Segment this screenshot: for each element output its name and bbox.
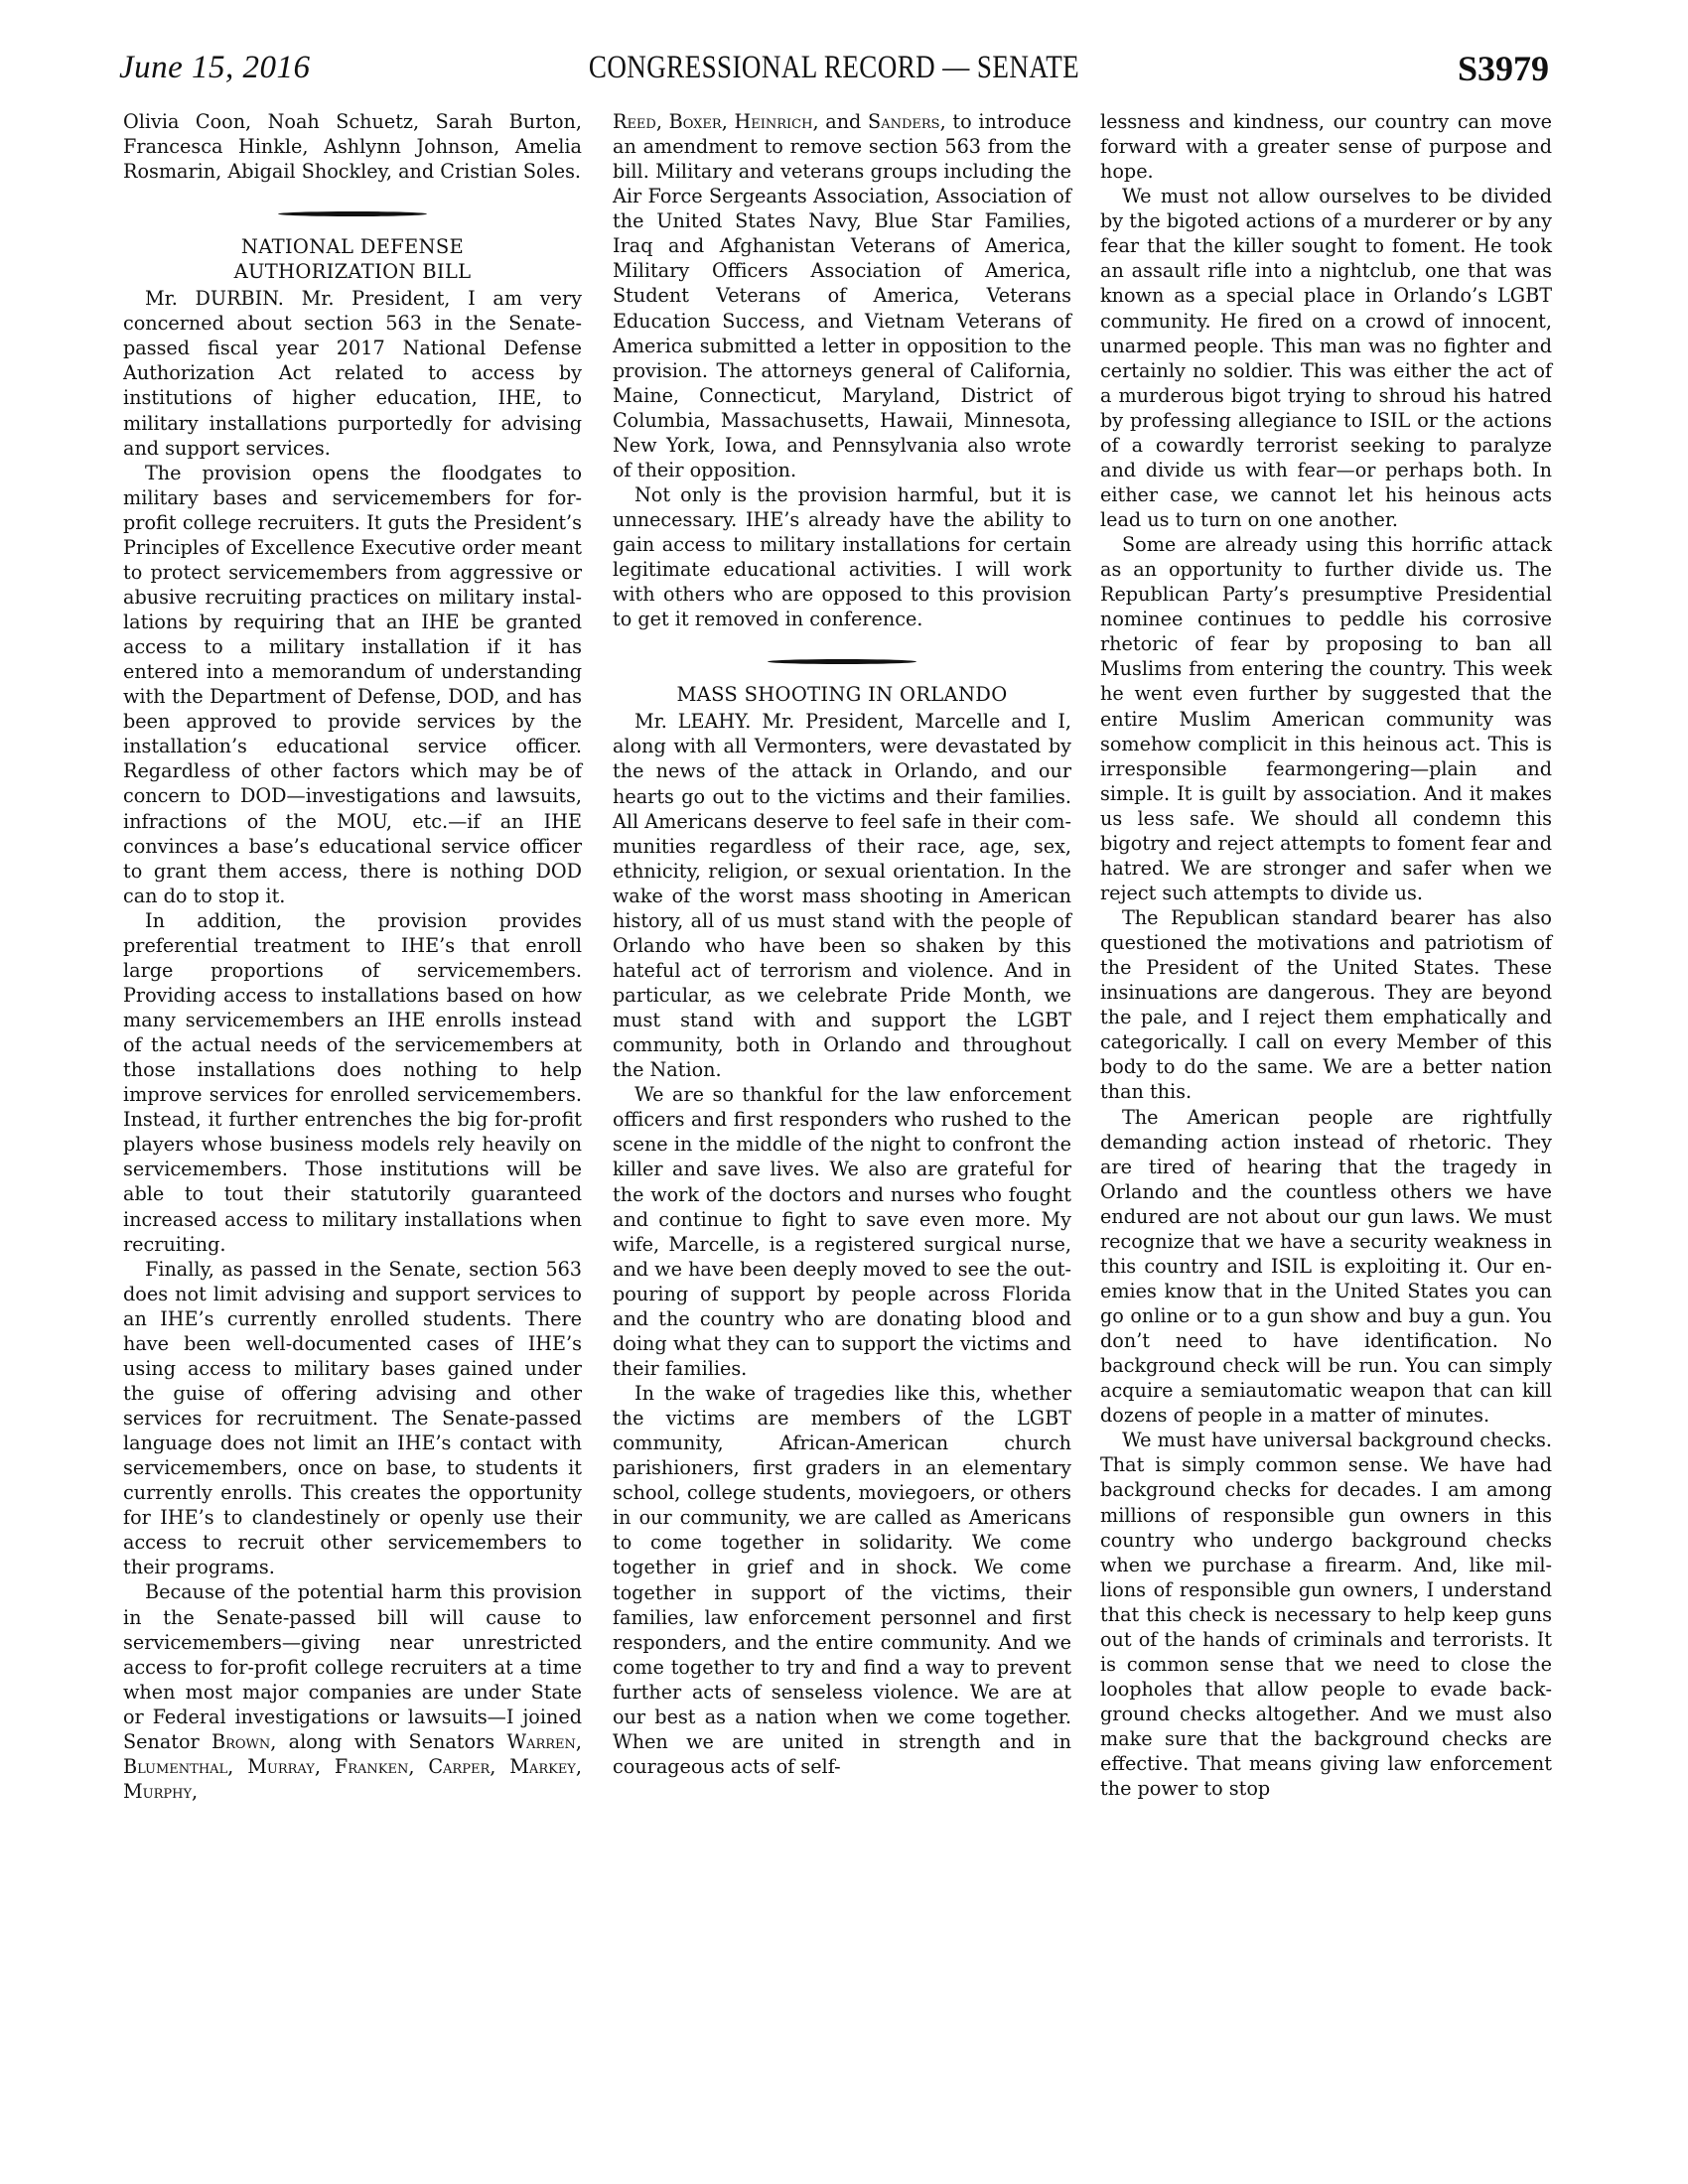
paragraph: Not only is the provision harmful, but i… xyxy=(613,482,1071,631)
paragraph: The Republican standard bearer has also … xyxy=(1100,905,1552,1105)
paragraph-text: , along with Senators xyxy=(270,1730,506,1753)
senator-name: Brown xyxy=(211,1730,270,1753)
paragraph-text: Because of the potential harm this provi… xyxy=(123,1580,582,1752)
paragraph: In addition, the provision provides pref… xyxy=(123,908,582,1257)
section-divider xyxy=(278,211,427,216)
paragraph: We must not allow ourselves to be di­vid… xyxy=(1100,184,1552,532)
page-header: June 15, 2016 CONGRESSIONAL RECORD — SEN… xyxy=(119,48,1549,97)
paragraph: Some are already using this horrific att… xyxy=(1100,532,1552,905)
paragraph: The provision opens the floodgates to mi… xyxy=(123,461,582,908)
column-left: Olivia Coon, Noah Schuetz, Sarah Burton,… xyxy=(123,109,582,1804)
paragraph: Finally, as passed in the Senate, sec­ti… xyxy=(123,1257,582,1580)
paragraph: In the wake of tragedies like this, whet… xyxy=(613,1381,1071,1779)
senator-name: Sanders xyxy=(868,110,940,133)
paragraph: The American people are rightfully deman… xyxy=(1100,1105,1552,1429)
paragraph-text: and xyxy=(819,110,868,133)
continuation-text: Olivia Coon, Noah Schuetz, Sarah Burton,… xyxy=(123,109,582,184)
paragraph: Mr. DURBIN. Mr. President, I am very con… xyxy=(123,286,582,460)
publication-title: CONGRESSIONAL RECORD — SENATE xyxy=(248,50,1421,86)
page-number: S3979 xyxy=(1458,48,1549,89)
column-middle: Reed, Boxer, Heinrich, and Sanders, to i… xyxy=(613,109,1071,1779)
continuation-text: Reed, Boxer, Heinrich, and Sanders, to i… xyxy=(613,109,1071,482)
section-title-line: NATIONAL DEFENSE xyxy=(123,234,582,259)
paragraph: We must have universal background checks… xyxy=(1100,1428,1552,1801)
paragraph: Because of the potential harm this provi… xyxy=(123,1579,582,1804)
column-right: lessness and kindness, our country can m… xyxy=(1100,109,1552,1801)
continuation-text: lessness and kindness, our country can m… xyxy=(1100,109,1552,184)
section-title-line: AUTHORIZATION BILL xyxy=(123,259,582,284)
senator-names: Reed, Boxer, Heinrich, xyxy=(613,110,819,133)
paragraph-text: , to introduce an amendment to remove se… xyxy=(613,110,1071,481)
section-title-ndaa: NATIONAL DEFENSE AUTHORIZATION BILL xyxy=(123,234,582,284)
paragraph: We are so thankful for the law en­forcem… xyxy=(613,1082,1071,1381)
section-title-orlando: MASS SHOOTING IN ORLANDO xyxy=(613,682,1071,707)
paragraph: Mr. LEAHY. Mr. President, Marcelle and I… xyxy=(613,709,1071,1082)
section-divider xyxy=(768,659,916,664)
